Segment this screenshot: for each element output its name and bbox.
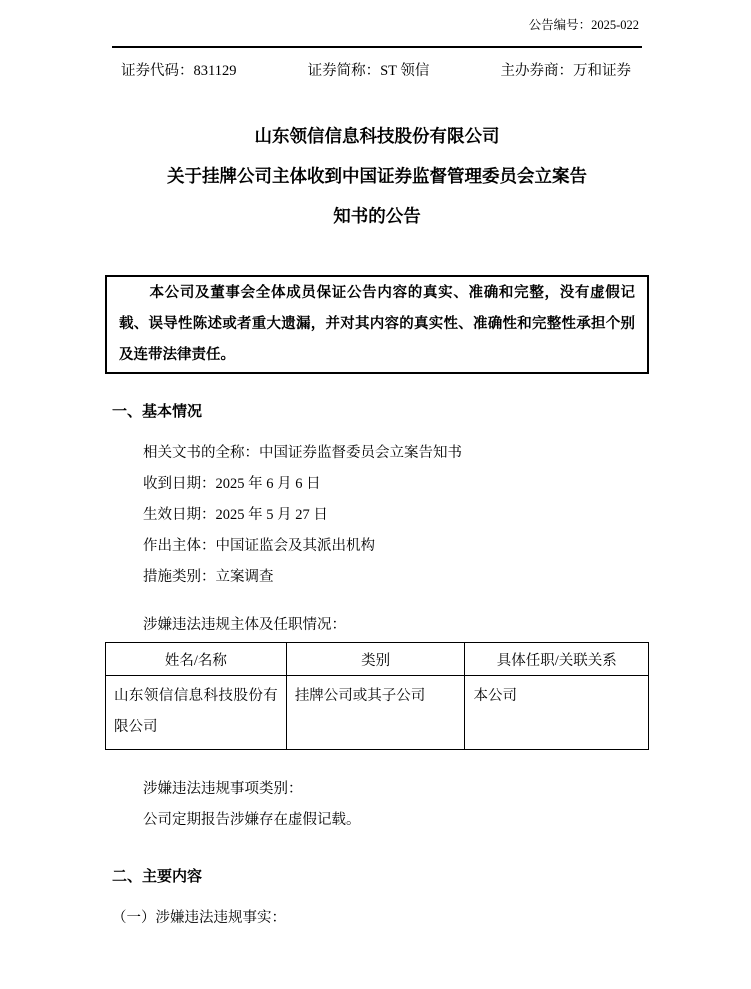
subjects-table: 姓名/名称 类别 具体任职/关联关系 山东领信信息科技股份有限公司 挂牌公司或其… (105, 642, 649, 750)
cell-subject-name: 山东领信信息科技股份有限公司 (106, 676, 287, 750)
violation-category-value: 公司定期报告涉嫌存在虚假记载。 (143, 805, 649, 836)
disclaimer-box: 本公司及董事会全体成员保证公告内容的真实、准确和完整，没有虚假记载、误导性陈述或… (105, 275, 649, 374)
table-header-row: 姓名/名称 类别 具体任职/关联关系 (106, 643, 649, 676)
document-content: 公告编号：2025-022 证券代码：831129 证券简称：ST 领信 主办券… (105, 0, 649, 934)
announcement-number: 公告编号：2025-022 (105, 16, 649, 34)
column-header-position: 具体任职/关联关系 (465, 643, 649, 676)
issuing-authority-line: 作出主体：中国证监会及其派出机构 (143, 531, 649, 562)
table-row: 山东领信信息科技股份有限公司 挂牌公司或其子公司 本公司 (106, 676, 649, 750)
section-2-sub-item: （一）涉嫌违法违规事实： (112, 903, 649, 934)
column-header-category: 类别 (286, 643, 465, 676)
receive-date-line: 收到日期：2025 年 6 月 6 日 (143, 469, 649, 500)
title-line-2: 关于挂牌公司主体收到中国证券监督管理委员会立案告 (105, 156, 649, 196)
violation-category-label: 涉嫌违法违规事项类别： (143, 774, 649, 805)
cell-subject-category: 挂牌公司或其子公司 (286, 676, 465, 750)
announcement-document-page: 公告编号：2025-022 证券代码：831129 证券简称：ST 领信 主办券… (0, 0, 751, 989)
stock-info-header: 证券代码：831129 证券简称：ST 领信 主办券商：万和证券 (121, 61, 631, 81)
stock-code: 证券代码：831129 (121, 61, 236, 81)
document-title: 山东领信信息科技股份有限公司 关于挂牌公司主体收到中国证券监督管理委员会立案告 … (105, 116, 649, 236)
cell-subject-position: 本公司 (465, 676, 649, 750)
sponsor-broker: 主办券商：万和证券 (500, 61, 631, 81)
section-2-heading: 二、主要内容 (112, 866, 649, 888)
column-header-name: 姓名/名称 (106, 643, 287, 676)
stock-short-name: 证券简称：ST 领信 (308, 61, 430, 81)
section-1-heading: 一、基本情况 (112, 401, 649, 423)
measure-type-line: 措施类别：立案调查 (143, 562, 649, 593)
header-divider-rule (112, 46, 642, 48)
title-line-1: 山东领信信息科技股份有限公司 (105, 116, 649, 156)
title-line-3: 知书的公告 (105, 196, 649, 236)
subjects-table-label: 涉嫌违法违规主体及任职情况： (143, 610, 649, 641)
disclaimer-text: 本公司及董事会全体成员保证公告内容的真实、准确和完整，没有虚假记载、误导性陈述或… (119, 278, 635, 371)
effective-date-line: 生效日期：2025 年 5 月 27 日 (143, 500, 649, 531)
document-full-name-line: 相关文书的全称：中国证券监督委员会立案告知书 (143, 438, 649, 469)
